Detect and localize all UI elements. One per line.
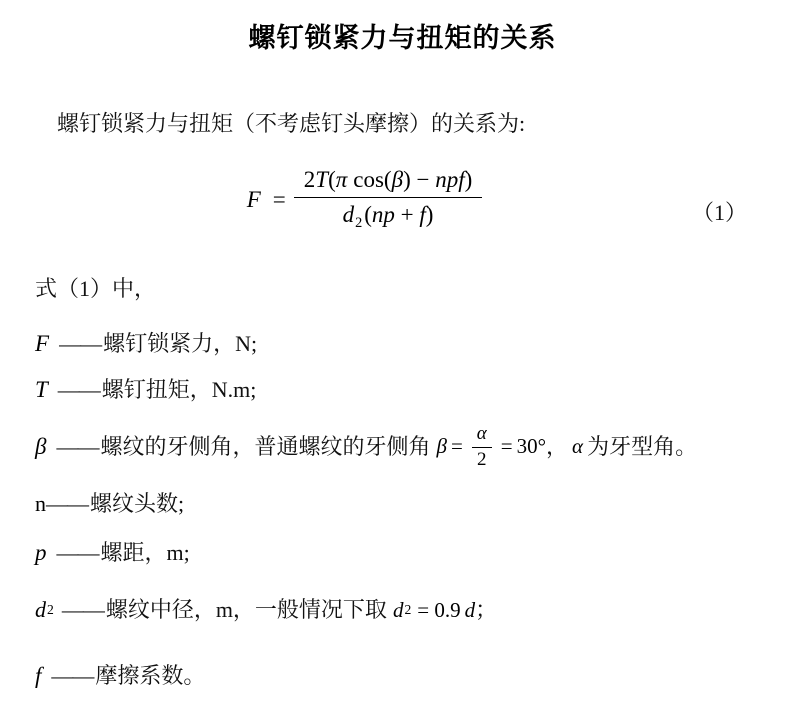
definition-beta-text-before: 螺纹的牙侧角，普通螺纹的牙侧角 [100,434,430,460]
symbol-f: f [35,662,41,690]
definition-T-text: 螺钉扭矩，N.m; [102,377,257,403]
equation-1: F = 2T(πcos(β) − npf) d2(np + f) [0,167,805,232]
page-title: 螺钉锁紧力与扭矩的关系 [0,16,805,55]
math-token-subscript: 2 [355,215,362,231]
math-token-coef: 2 [304,167,316,192]
symbol-F: F [35,330,49,358]
alpha-over-2-fraction: α2 [472,423,492,472]
definition-n: n——螺纹头数; [35,491,184,517]
math-token-alpha: α [472,423,492,447]
definition-dash: —— [51,663,93,689]
math-token-minus: − [411,167,435,192]
symbol-beta: β [35,433,46,461]
symbol-p: p [35,539,47,567]
equals-sign: = [273,187,286,213]
symbol-n: n [35,491,46,517]
definition-beta-text-after: 为牙型角。 [587,434,697,460]
comma: ， [546,434,568,460]
equation-lhs-F: F [247,187,261,213]
math-token-pi: π [336,167,348,192]
definition-d2: d2——螺纹中径，m，一般情况下取d2= 0.9d； [35,597,497,623]
math-token-npf: npf [435,167,464,192]
math-token-cos: cos( [353,167,391,192]
definition-p-text: 螺距，m; [101,540,190,566]
math-token-paren: ) [403,167,411,192]
definition-f: f——摩擦系数。 [35,662,205,690]
math-token-angle: 30° [517,434,546,459]
math-token-plus: + [395,202,419,227]
definition-n-text: 螺纹头数; [90,491,184,517]
math-token-eq-0-9: = 0.9 [417,598,460,623]
math-token-T: T [315,167,328,192]
math-token-np: np [372,202,395,227]
equals-sign: = [501,434,513,459]
equation-fraction: 2T(πcos(β) − npf) d2(np + f) [294,167,483,232]
definition-dash: —— [62,597,104,623]
definition-F-text: 螺钉锁紧力，N; [103,331,257,357]
definition-dash: —— [56,434,98,460]
symbol-d2-base: d [35,597,46,623]
symbol-T: T [35,376,48,404]
definition-F: F——螺钉锁紧力，N; [35,330,257,358]
math-token-beta: β [392,167,403,192]
equation-number: （1） [692,196,747,227]
math-token-beta: β [436,434,446,459]
definition-dash: —— [46,491,88,517]
document-page: 螺钉锁紧力与扭矩的关系 螺钉锁紧力与扭矩（不考虑钉头摩擦）的关系为: F = 2… [0,0,805,715]
math-token-d: d [343,202,355,227]
definition-beta: β——螺纹的牙侧角，普通螺纹的牙侧角β=α2=30°，α为牙型角。 [35,416,697,478]
math-token-two: 2 [472,447,492,472]
math-token-d: d [465,598,476,623]
definition-dash: —— [59,331,101,357]
math-token-paren: ( [328,167,336,192]
definition-f-text: 摩擦系数。 [95,663,205,689]
math-token-alpha: α [572,434,583,459]
math-token-subscript: 2 [404,602,411,618]
equation-1-body: F = 2T(πcos(β) − npf) d2(np + f) [247,167,483,232]
intro-paragraph: 螺钉锁紧力与扭矩（不考虑钉头摩擦）的关系为: [57,110,525,138]
definition-dash: —— [57,540,99,566]
math-token-d: d [393,598,404,623]
fraction-numerator: 2T(πcos(β) − npf) [294,167,483,197]
definition-T: T——螺钉扭矩，N.m; [35,376,256,404]
equals-sign: = [451,434,463,459]
definition-p: p——螺距，m; [35,539,190,567]
definition-d2-text-before: 螺纹中径，m，一般情况下取 [106,597,387,623]
fraction-denominator: d2(np + f) [294,197,483,232]
math-token-paren: ) [426,202,434,227]
definition-dash: —— [58,377,100,403]
symbol-d2-subscript: 2 [47,602,54,618]
equation-lead-in: 式（1）中， [35,276,156,302]
math-token-paren: ) [465,167,473,192]
semicolon: ； [475,597,497,623]
